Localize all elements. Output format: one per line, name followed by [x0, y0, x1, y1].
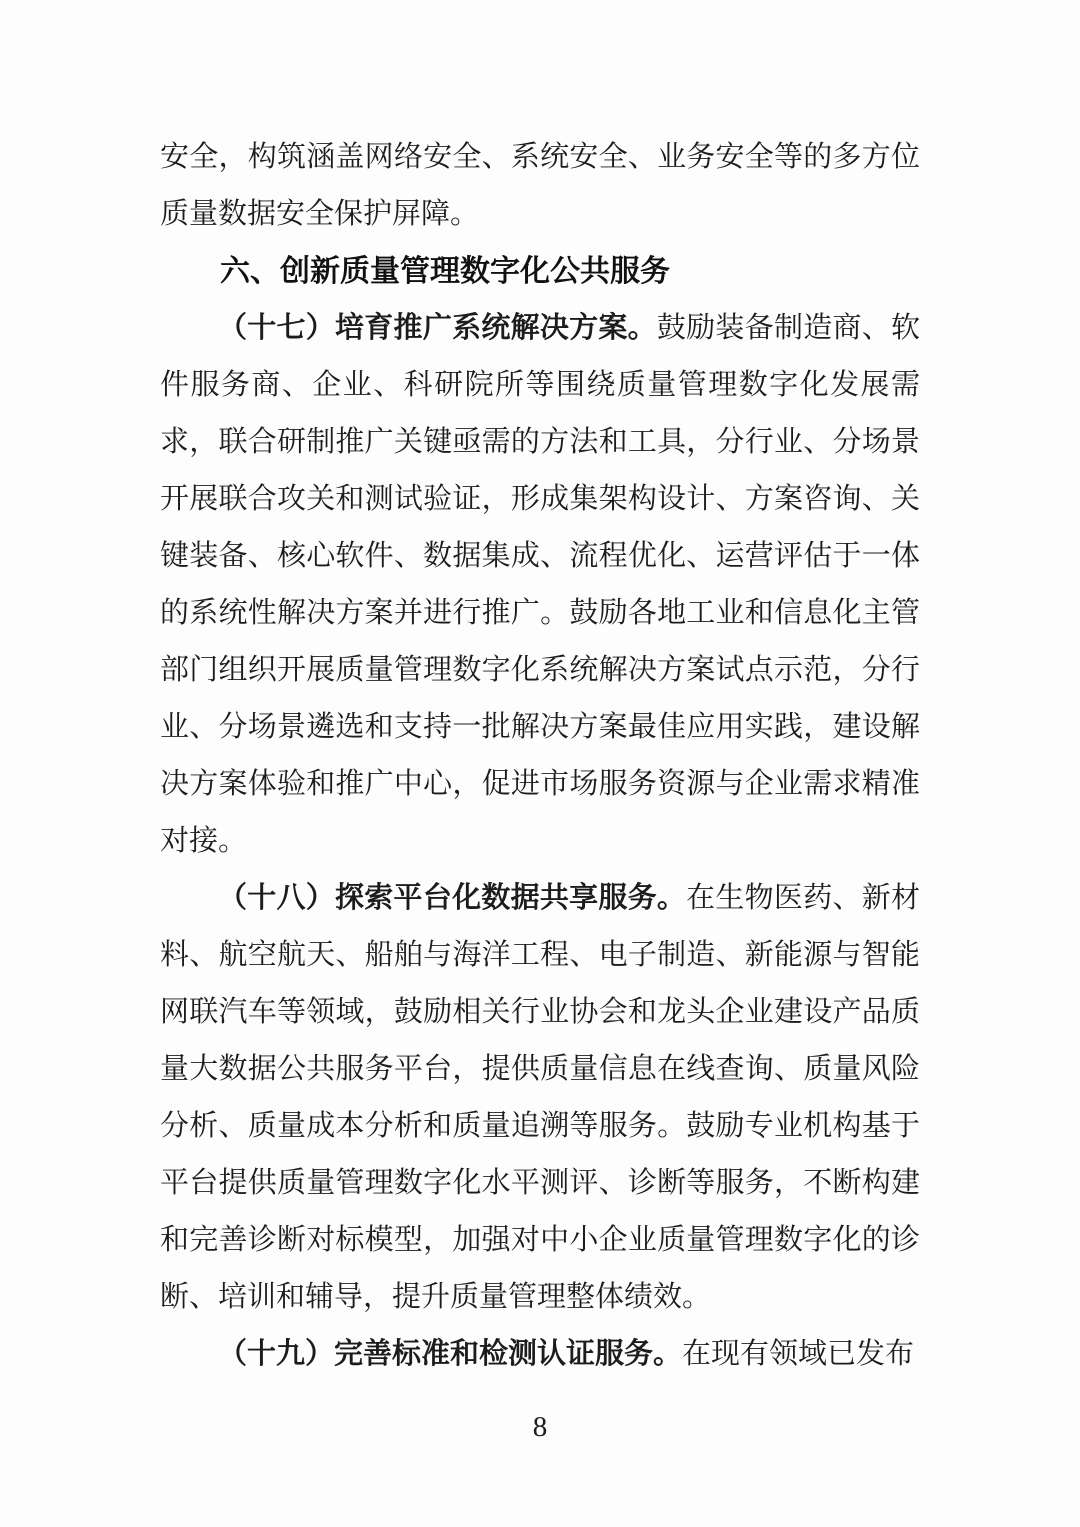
- document-page: 安全，构筑涵盖网络安全、系统安全、业务安全等的多方位质量数据安全保护屏障。 六、…: [0, 0, 1080, 1527]
- section-heading: 六、创新质量管理数字化公共服务: [160, 243, 920, 300]
- paragraph-continuation: 安全，构筑涵盖网络安全、系统安全、业务安全等的多方位质量数据安全保护屏障。: [160, 129, 920, 243]
- paragraph-19: （十九）完善标准和检测认证服务。在现有领域已发布: [160, 1326, 920, 1383]
- paragraph-17-lead: （十七）培育推广系统解决方案。: [218, 312, 657, 344]
- paragraph-17: （十七）培育推广系统解决方案。鼓励装备制造商、软件服务商、企业、科研院所等围绕质…: [160, 300, 920, 870]
- paragraph-18-body: 在生物医药、新材料、航空航天、船舶与海洋工程、电子制造、新能源与智能网联汽车等领…: [160, 882, 920, 1313]
- document-body: 安全，构筑涵盖网络安全、系统安全、业务安全等的多方位质量数据安全保护屏障。 六、…: [160, 129, 920, 1383]
- paragraph-18: （十八）探索平台化数据共享服务。在生物医药、新材料、航空航天、船舶与海洋工程、电…: [160, 870, 920, 1326]
- paragraph-19-lead: （十九）完善标准和检测认证服务。: [218, 1338, 682, 1370]
- paragraph-17-body: 鼓励装备制造商、软件服务商、企业、科研院所等围绕质量管理数字化发展需求，联合研制…: [160, 312, 920, 857]
- page-number: 8: [0, 1402, 1080, 1452]
- paragraph-18-lead: （十八）探索平台化数据共享服务。: [218, 882, 686, 914]
- paragraph-19-body: 在现有领域已发布: [682, 1338, 914, 1370]
